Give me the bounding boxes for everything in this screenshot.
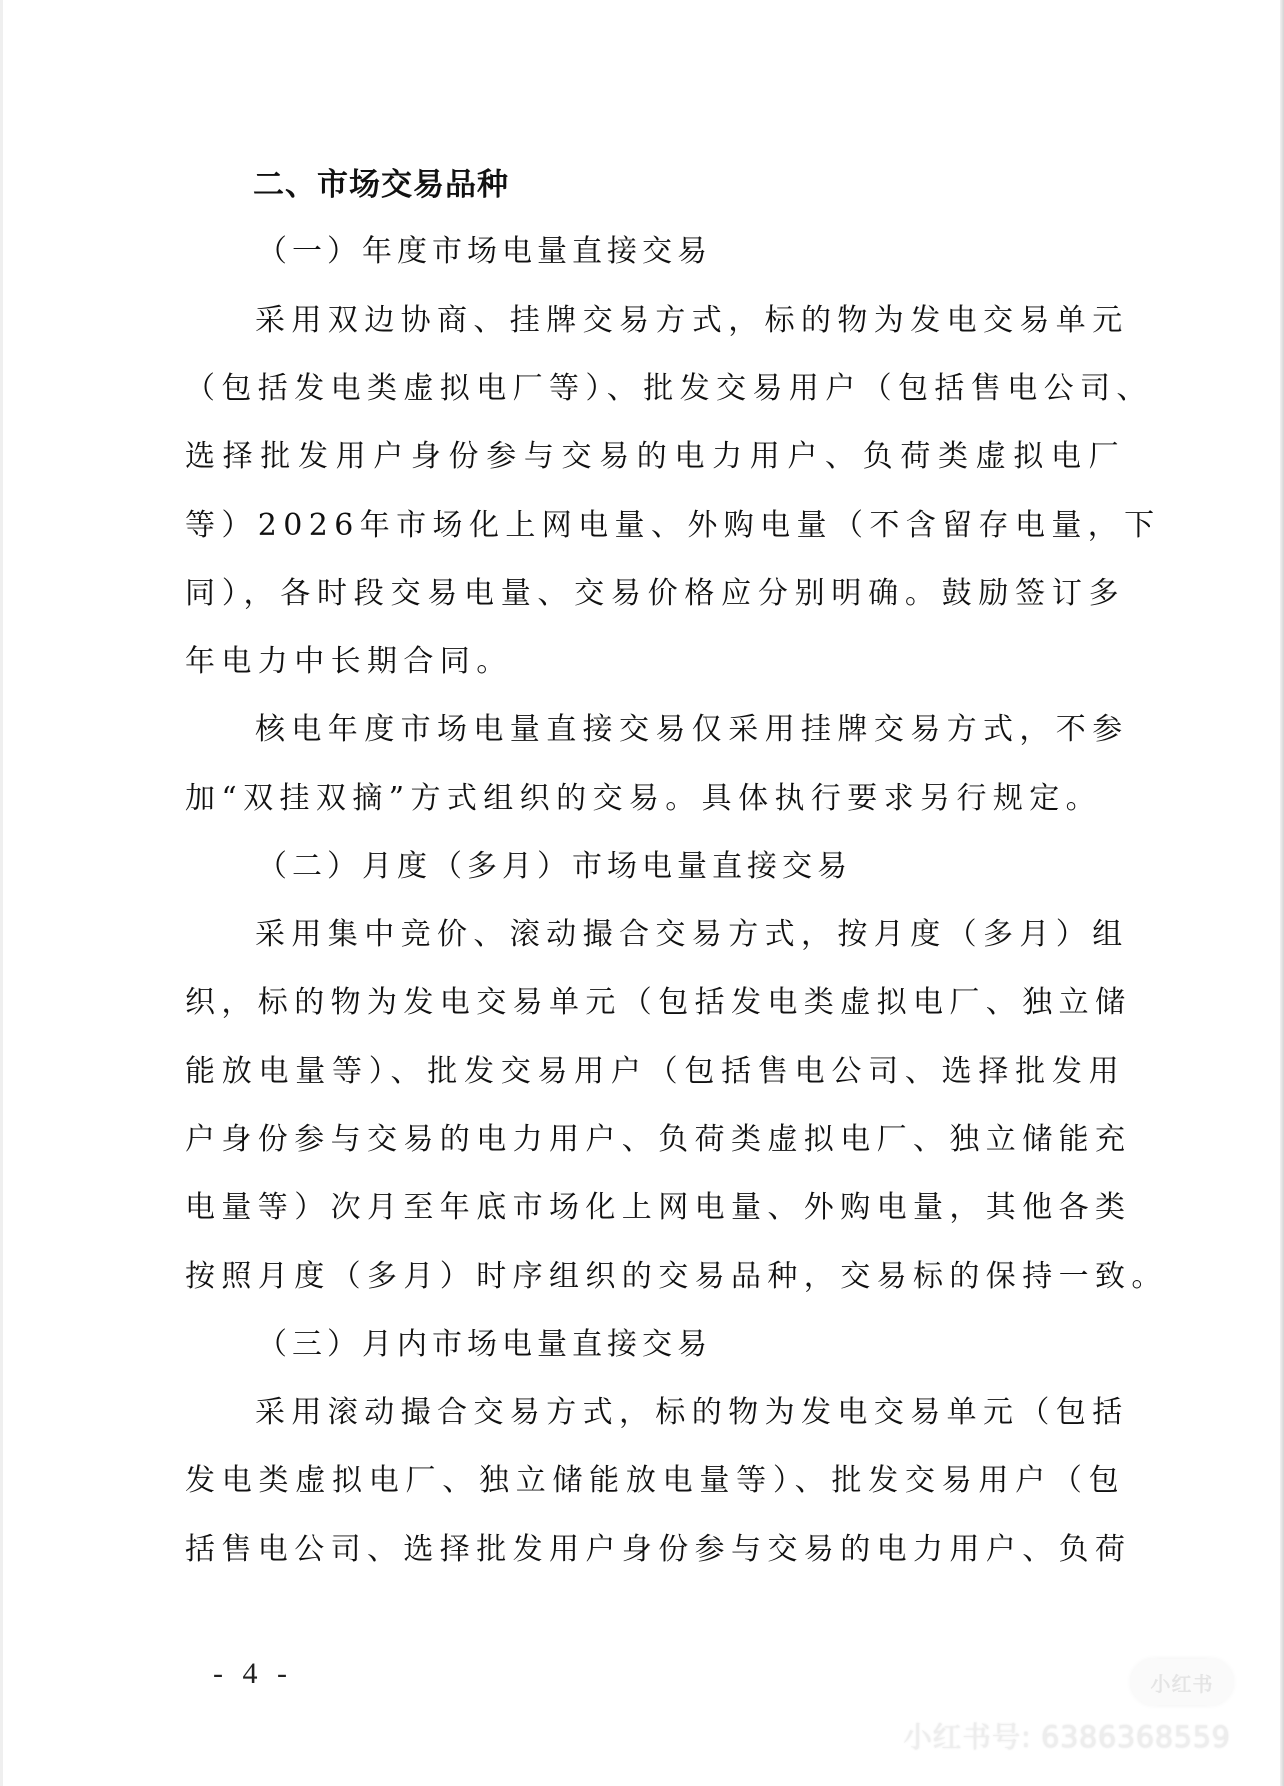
watermark-badge: 小红书 [1131, 1659, 1233, 1705]
paragraph-line: 选择批发用户身份参与交易的电力用户、负荷类虚拟电厂 [185, 423, 1125, 491]
paragraph-line: 能放电量等）、批发交易用户（包括售电公司、选择批发用 [185, 1038, 1125, 1106]
paragraph-line: 同），各时段交易电量、交易价格应分别明确。鼓励签订多 [185, 560, 1125, 628]
subsection-title-2: （二）月度（多月）市场电量直接交易 [257, 833, 852, 901]
paragraph-line: 发电类虚拟电厂、独立储能放电量等）、批发交易用户（包 [185, 1447, 1125, 1515]
paragraph-line: 年电力中长期合同。 [185, 628, 1125, 696]
paragraph-line: 括售电公司、选择批发用户身份参与交易的电力用户、负荷 [185, 1516, 1125, 1584]
paragraph-line: 织，标的物为发电交易单元（包括发电类虚拟电厂、独立储 [185, 969, 1125, 1037]
paragraph-line: 等）2026年市场化上网电量、外购电量（不含留存电量，下 [185, 492, 1125, 560]
subsection-title-1: （一）年度市场电量直接交易 [257, 218, 712, 286]
page-left-edge [0, 0, 3, 1786]
paragraph-line: （包括发电类虚拟电厂等）、批发交易用户（包括售电公司、 [185, 355, 1125, 423]
subsection-title-3: （三）月内市场电量直接交易 [257, 1311, 712, 1379]
paragraph-line: 采用集中竞价、滚动撮合交易方式，按月度（多月）组 [255, 901, 1125, 969]
paragraph-line: 核电年度市场电量直接交易仅采用挂牌交易方式，不参 [255, 696, 1125, 764]
paragraph-line: 户身份参与交易的电力用户、负荷类虚拟电厂、独立储能充 [185, 1106, 1125, 1174]
page-number: - 4 - [213, 1657, 293, 1691]
page-right-edge [1280, 0, 1284, 1786]
paragraph-line: 采用双边协商、挂牌交易方式，标的物为发电交易单元 [255, 287, 1125, 355]
paragraph-line: 加“双挂双摘”方式组织的交易。具体执行要求另行规定。 [185, 765, 1125, 833]
section-heading: 二、市场交易品种 [253, 151, 509, 219]
paragraph-line: 按照月度（多月）时序组织的交易品种，交易标的保持一致。 [185, 1243, 1125, 1311]
paragraph-line: 电量等）次月至年底市场化上网电量、外购电量，其他各类 [185, 1174, 1125, 1242]
watermark-id: 小红书号: 6386368559 [903, 1715, 1231, 1756]
document-page: 二、市场交易品种 （一）年度市场电量直接交易 采用双边协商、挂牌交易方式，标的物… [0, 0, 1284, 1786]
paragraph-line: 采用滚动撮合交易方式，标的物为发电交易单元（包括 [255, 1379, 1125, 1447]
